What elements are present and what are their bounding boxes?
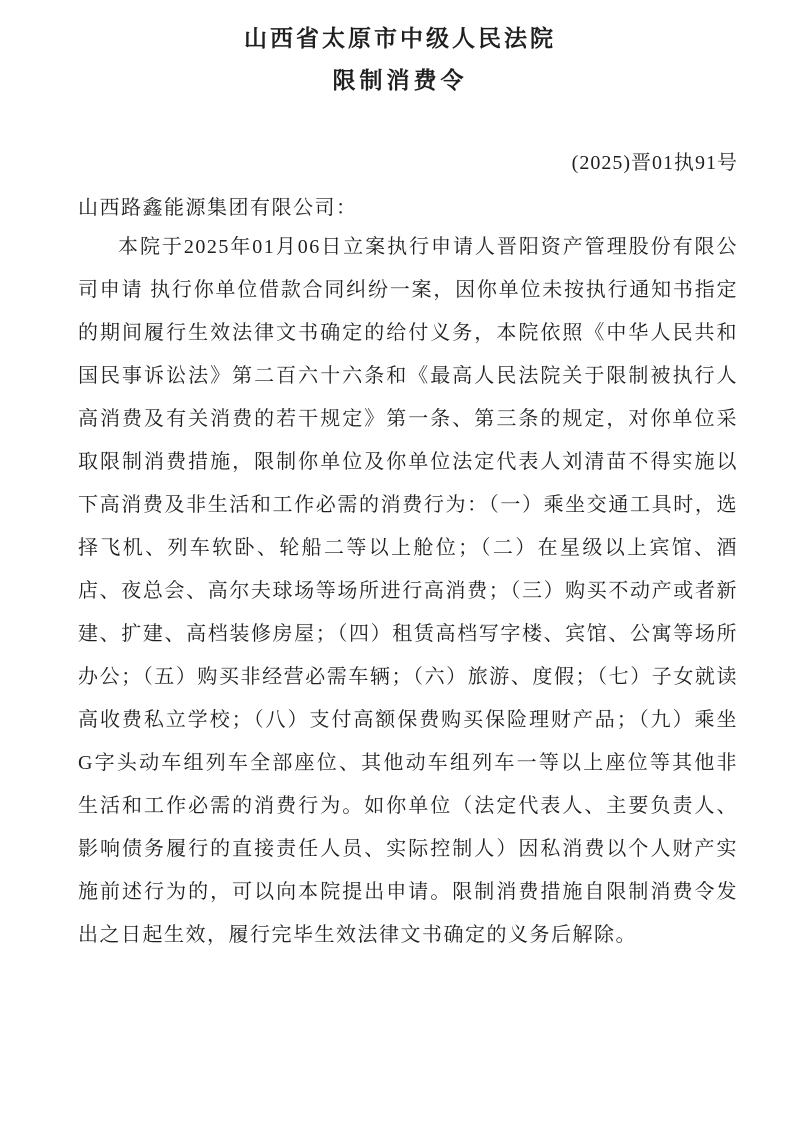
case-number: (2025)晋01执91号: [0, 146, 800, 175]
scanned-court-document-page: 山西省太原市中级人民法院 限制消费令 (2025)晋01执91号 山西路鑫能源集…: [0, 0, 800, 1122]
court-name-heading: 山西省太原市中级人民法院: [0, 24, 800, 54]
addressee-line: 山西路鑫能源集团有限公司：: [0, 191, 800, 220]
document-header: 山西省太原市中级人民法院 限制消费令: [0, 0, 800, 96]
document-title: 限制消费令: [0, 66, 800, 96]
order-body-paragraph: 本院于2025年01月06日立案执行申请人晋阳资产管理股份有限公司申请 执行你单…: [0, 226, 800, 957]
